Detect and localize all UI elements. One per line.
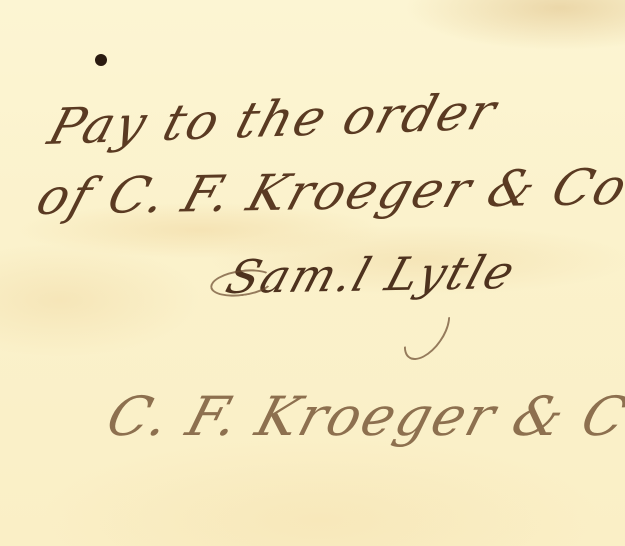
signature-payee: C. F. Kroeger & Co bbox=[100, 385, 625, 448]
endorsement-line-payee: of C. F. Kroeger & Co bbox=[30, 158, 625, 226]
ink-dot bbox=[95, 54, 107, 66]
